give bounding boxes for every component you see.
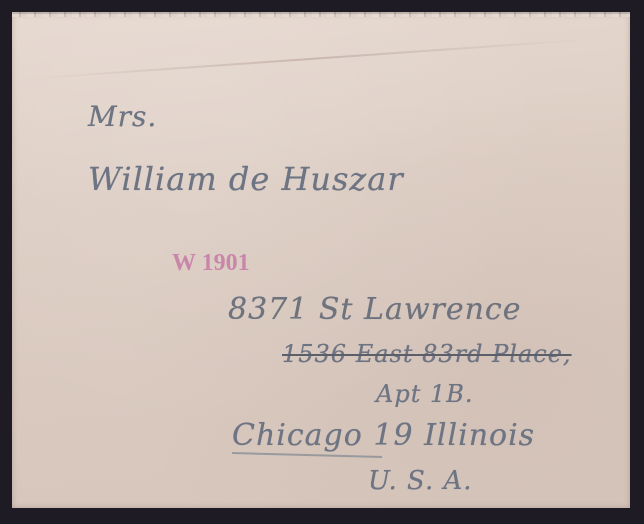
address-country: U. S. A. [368, 466, 473, 496]
address-name: William de Huszar [88, 160, 404, 198]
torn-top-edge [12, 12, 630, 17]
address-street-new: 8371 St Lawrence [228, 292, 522, 327]
address-street-old: 1536 East 83rd Place, [282, 340, 572, 368]
registry-stamp: W 1901 [172, 250, 250, 277]
address-apartment: Apt 1B. [376, 380, 474, 408]
address-salutation: Mrs. [88, 100, 157, 133]
address-city-line: Chicago 19 Illinois [232, 418, 535, 453]
